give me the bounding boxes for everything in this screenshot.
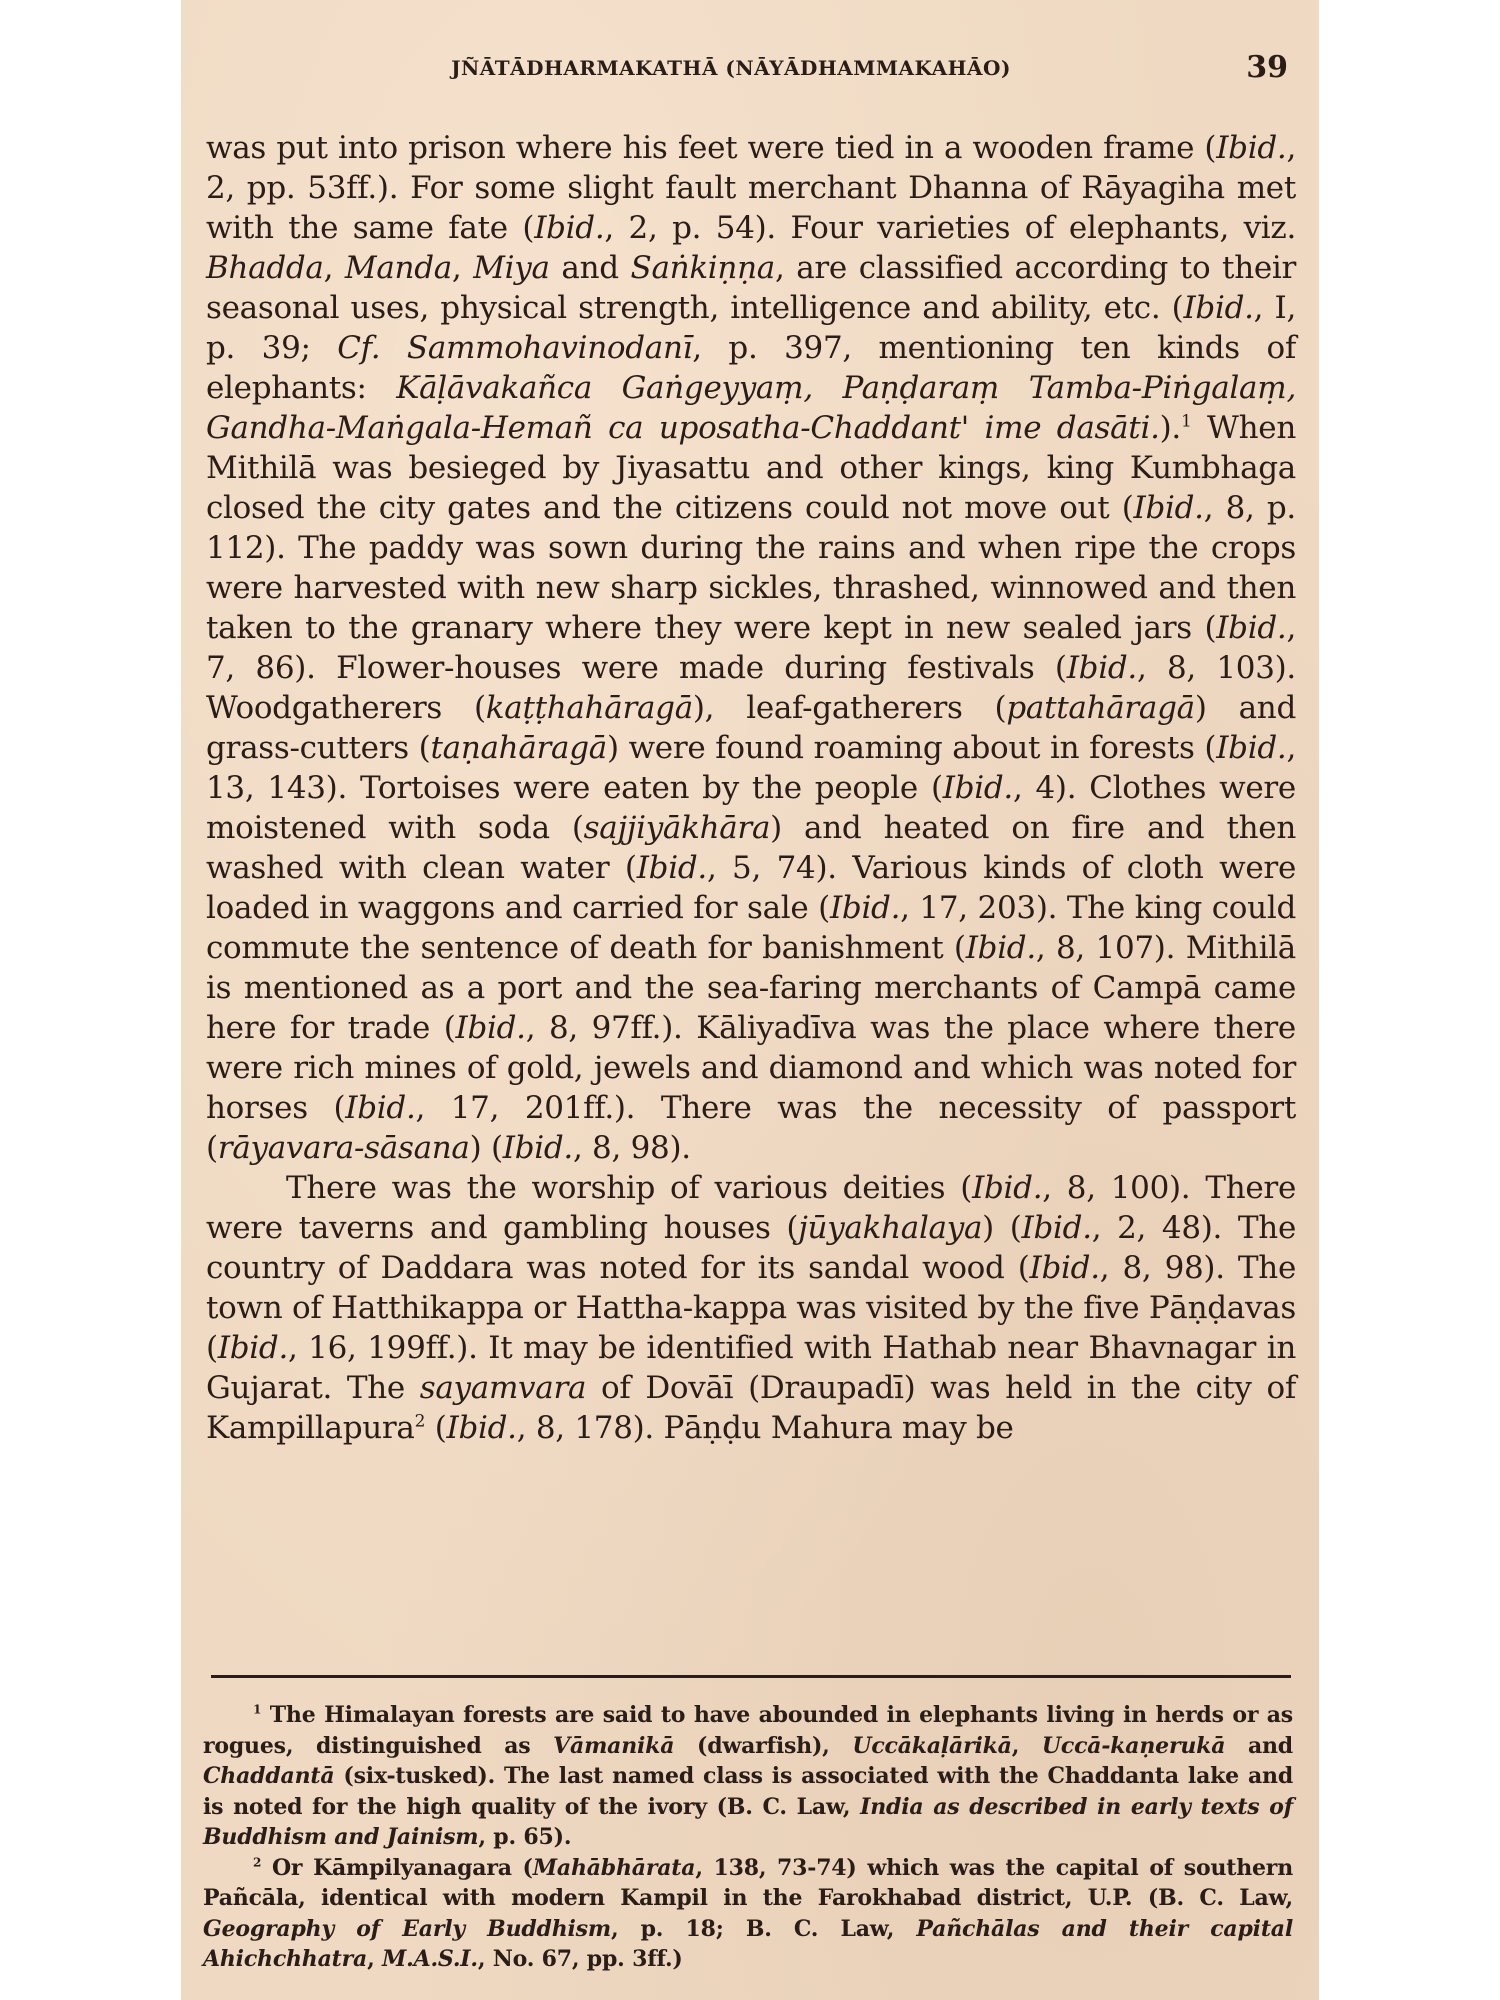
italic-text: Ibid. bbox=[1216, 730, 1286, 766]
text-run: , 8, 98). bbox=[573, 1130, 691, 1166]
italic-text: Ibid. bbox=[218, 1330, 288, 1366]
paragraph: was put into prison where his feet were … bbox=[206, 128, 1296, 1168]
text-run: , No. 67, pp. 3ff.) bbox=[478, 1946, 683, 1972]
body-text: was put into prison where his feet were … bbox=[206, 128, 1296, 1448]
footnote-marker: 1 bbox=[1181, 412, 1192, 432]
italic-text: kaṭṭhahāragā bbox=[486, 690, 693, 726]
italic-text: Bhadda bbox=[206, 250, 324, 286]
footnote-marker: 2 bbox=[415, 1412, 426, 1432]
footnote-marker: 1 bbox=[253, 1703, 261, 1717]
italic-text: Ibid. bbox=[637, 850, 707, 886]
italic-text: Ibid. bbox=[534, 210, 604, 246]
text-run: ) were found roaming about in forests ( bbox=[607, 730, 1216, 766]
italic-text: Ibid. bbox=[1216, 130, 1286, 166]
italic-text: pattahāragā bbox=[1006, 690, 1195, 726]
italic-text: Ibid. bbox=[972, 1170, 1042, 1206]
footnote-1: 1 The Himalayan forests are said to have… bbox=[203, 1700, 1293, 1853]
text-run: , bbox=[1012, 1733, 1042, 1759]
italic-text: Ibid. bbox=[1022, 1210, 1092, 1246]
italic-text: jūyakhalaya bbox=[798, 1210, 982, 1246]
running-head: JÑĀTĀDHARMAKATHĀ (NĀYĀDHAMMAKAHĀO) 39 bbox=[206, 50, 1296, 86]
text-run: and bbox=[550, 250, 631, 286]
italic-text: Ibid. bbox=[345, 1090, 415, 1126]
footnote-divider bbox=[211, 1675, 1291, 1678]
text-run: , p. 18; B. C. Law, bbox=[611, 1916, 916, 1942]
italic-text: sajjiyākhāra bbox=[584, 810, 770, 846]
footnote-2: 2 Or Kāmpilyanagara (Mahābhārata, 138, 7… bbox=[203, 1853, 1293, 1975]
text-run: (dwarfish), bbox=[674, 1733, 852, 1759]
italic-text: Manda bbox=[345, 250, 452, 286]
text-run: ) ( bbox=[982, 1210, 1021, 1246]
footnote-marker: 2 bbox=[253, 1855, 261, 1869]
italic-text: Chaddantā bbox=[203, 1763, 334, 1789]
italic-text: Uccākaḷārikā bbox=[852, 1733, 1011, 1759]
running-title: JÑĀTĀDHARMAKATHĀ (NĀYĀDHAMMAKAHĀO) bbox=[206, 56, 1296, 80]
text-run: ) ( bbox=[470, 1130, 503, 1166]
italic-text: M.A.S.I. bbox=[382, 1946, 478, 1972]
italic-text: Ibid. bbox=[1216, 610, 1286, 646]
italic-text: Mahābhārata bbox=[533, 1855, 696, 1881]
page-number: 39 bbox=[1246, 50, 1288, 85]
text-run: ). bbox=[1160, 410, 1181, 446]
text-run: There was the worship of various deities… bbox=[286, 1170, 972, 1206]
text-run: , p. 65). bbox=[478, 1824, 571, 1850]
italic-text: Uccā-kaṇerukā bbox=[1042, 1733, 1225, 1759]
italic-text: rāyavara-sāsana bbox=[218, 1130, 470, 1166]
italic-text: Ibid. bbox=[943, 770, 1013, 806]
text-run: was put into prison where his feet were … bbox=[206, 130, 1216, 166]
italic-text: Ibid. bbox=[1030, 1250, 1100, 1286]
text-run: , bbox=[452, 250, 473, 286]
italic-text: Ibid. bbox=[830, 890, 900, 926]
text-run: and bbox=[1225, 1733, 1293, 1759]
italic-text: Cf. Sammohavinodanī bbox=[337, 330, 692, 366]
italic-text: sayamvara bbox=[420, 1370, 586, 1406]
italic-text: Geography of Early Buddhism bbox=[203, 1916, 611, 1942]
text-run: , 8, 178). Pāṇḍu Mahura may be bbox=[517, 1410, 1014, 1446]
text-run: ), leaf-gatherers ( bbox=[693, 690, 1006, 726]
italic-text: taṇahāragā bbox=[430, 730, 606, 766]
text-run: , bbox=[367, 1946, 382, 1972]
italic-text: Ibid. bbox=[1067, 650, 1137, 686]
italic-text: Saṅkiṇṇa bbox=[631, 250, 775, 286]
italic-text: Miya bbox=[473, 250, 549, 286]
italic-text: Ibid. bbox=[1183, 290, 1253, 326]
paragraph: There was the worship of various deities… bbox=[206, 1168, 1296, 1448]
italic-text: Vāmanikā bbox=[553, 1733, 674, 1759]
text-run: , bbox=[324, 250, 345, 286]
italic-text: Ibid. bbox=[966, 930, 1036, 966]
italic-text: Ibid. bbox=[456, 1010, 526, 1046]
book-page: JÑĀTĀDHARMAKATHĀ (NĀYĀDHAMMAKAHĀO) 39 wa… bbox=[181, 0, 1319, 2000]
italic-text: Ibid. bbox=[503, 1130, 573, 1166]
text-run: , 2, p. 54). Four varieties of elephants… bbox=[604, 210, 1296, 246]
text-run: ( bbox=[425, 1410, 446, 1446]
italic-text: Ibid. bbox=[1134, 490, 1204, 526]
footnotes: 1 The Himalayan forests are said to have… bbox=[203, 1700, 1293, 1975]
text-run: Or Kāmpilyanagara ( bbox=[261, 1855, 533, 1881]
italic-text: Ibid. bbox=[447, 1410, 517, 1446]
